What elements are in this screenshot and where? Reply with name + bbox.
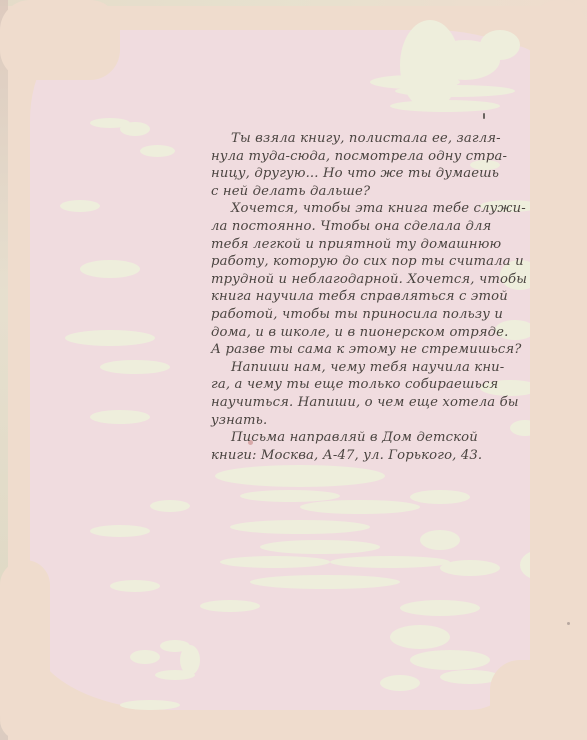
text-line: Хочется, чтобы эта книга тебе служи- — [191, 200, 463, 218]
paper-speck — [483, 113, 485, 119]
text-line: с ней делать дальше? — [191, 183, 463, 201]
text-line: научиться. Напиши, о чем еще хотела бы — [191, 394, 463, 412]
texture-blob — [130, 650, 160, 664]
texture-blob — [0, 0, 120, 80]
texture-blob — [230, 520, 370, 534]
text-line: узнать. — [191, 412, 463, 430]
texture-blob — [420, 530, 460, 550]
texture-blob — [215, 465, 385, 487]
texture-blob — [250, 575, 400, 589]
text-line: Напиши нам, чему тебя научила кни- — [191, 359, 463, 377]
paper-speck — [567, 622, 570, 625]
text-line: ла постоянно. Чтобы она сделала для — [191, 218, 463, 236]
texture-blob — [150, 500, 190, 512]
text-line: га, а чему ты еще только собираешься — [191, 376, 463, 394]
paragraph-intro: Ты взяла книгу, полистала ее, загля- нул… — [191, 130, 463, 200]
letter-text: Ты взяла книгу, полистала ее, загля- нул… — [191, 130, 463, 464]
texture-blob — [390, 625, 450, 649]
texture-blob — [480, 30, 520, 60]
texture-blob — [65, 330, 155, 346]
texture-blob — [80, 260, 140, 278]
texture-blob — [530, 0, 587, 740]
text-line: работой, чтобы ты приносила пользу и — [191, 306, 463, 324]
texture-blob — [140, 145, 175, 157]
text-line: нула туда-сюда, посмотрела одну стра- — [191, 148, 463, 166]
paragraph-address: Письма направляй в Дом детской книги: Мо… — [191, 429, 463, 464]
texture-blob — [410, 650, 490, 670]
texture-blob — [90, 525, 150, 537]
texture-blob — [400, 600, 480, 616]
text-line: Ты взяла книгу, полистала ее, загля- — [191, 130, 463, 148]
texture-blob — [110, 580, 160, 592]
text-line: ницу, другую... Но что же ты думаешь — [191, 165, 463, 183]
paragraph-purpose: Хочется, чтобы эта книга тебе служи- ла … — [191, 200, 463, 358]
texture-blob — [390, 100, 500, 112]
texture-blob — [120, 700, 180, 710]
texture-blob — [330, 556, 450, 568]
text-line: дома, и в школе, и в пионерском отряде. — [191, 324, 463, 342]
texture-blob — [180, 645, 200, 675]
texture-blob — [100, 360, 170, 374]
text-line: книги: Москва, А-47, ул. Горького, 43. — [191, 447, 463, 465]
texture-blob — [260, 540, 380, 554]
text-line: тебя легкой и приятной ту домашнюю — [191, 236, 463, 254]
texture-blob — [410, 490, 470, 504]
book-page: Ты взяла книгу, полистала ее, загля- нул… — [0, 0, 587, 740]
texture-blob — [0, 560, 50, 740]
text-line: книга научила тебя справляться с этой — [191, 288, 463, 306]
texture-blob — [60, 200, 100, 212]
text-line: работу, которую до сих пор ты считала и — [191, 253, 463, 271]
texture-blob — [300, 500, 420, 514]
texture-blob — [440, 560, 500, 576]
paragraph-request: Напиши нам, чему тебя научила кни- га, а… — [191, 359, 463, 429]
texture-blob — [120, 122, 150, 136]
text-line: Письма направляй в Дом детской — [191, 429, 463, 447]
text-line: трудной и неблагодарной. Хочется, чтобы — [191, 271, 463, 289]
text-line: А разве ты сама к этому не стремишься? — [191, 341, 463, 359]
texture-blob — [90, 410, 150, 424]
texture-blob — [200, 600, 260, 612]
texture-blob — [380, 675, 420, 691]
texture-blob — [395, 85, 515, 97]
texture-blob — [220, 556, 330, 568]
texture-blob — [240, 490, 340, 502]
